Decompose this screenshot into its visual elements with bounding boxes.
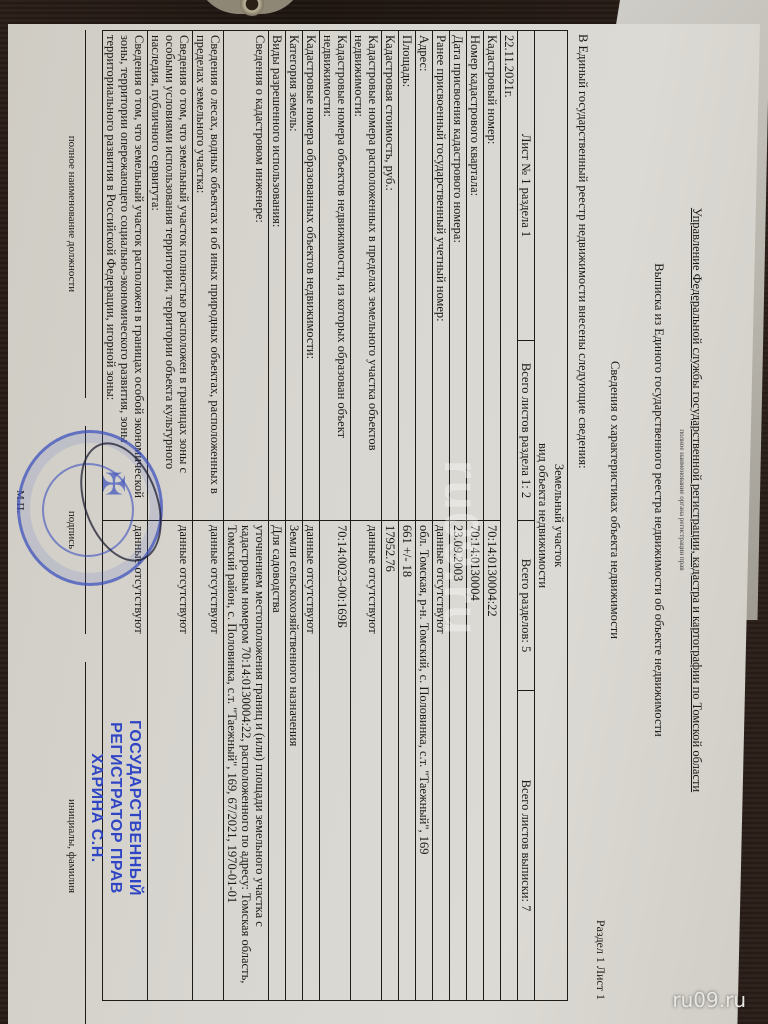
- row-value: данные отсутствуют: [193, 521, 224, 1001]
- row-value: Для садоводства: [269, 521, 286, 1001]
- table-row: Площадь:661 +/- 18: [399, 31, 416, 1001]
- row-label: Виды разрешенного использования:: [269, 31, 286, 521]
- registrar-stamp-line1: ГОСУДАРСТВЕННЫЙ: [125, 720, 144, 896]
- name-caption: инициалы, фамилия: [59, 662, 86, 1024]
- object-type-row: Земельный участок: [551, 31, 568, 1001]
- table-row: Категория земель:Земли сельскохозяйствен…: [286, 31, 303, 1001]
- row-label: Номер кадастрового квартала:: [467, 31, 484, 521]
- row-label: Ранее присвоенный государственный учетны…: [433, 31, 450, 521]
- watermark-overlay: ru09.ru: [433, 460, 488, 637]
- row-label: Площадь:: [399, 31, 416, 521]
- object-type-caption: вид объекта недвижимости: [535, 31, 552, 1001]
- table-row: Кадастровая стоимость, руб.:17952.76: [382, 31, 399, 1001]
- row-label: Кадастровые номера объектов недвижимости…: [320, 31, 351, 521]
- site-watermark: ru09.ru: [672, 988, 746, 1012]
- row-label: Сведения о лесах, водных объектах и об и…: [193, 31, 224, 521]
- row-label: Кадастровые номера образованных объектов…: [303, 31, 320, 521]
- object-type: Земельный участок: [551, 31, 568, 1001]
- registrar-stamp-line3: ХАРИНА С.Н.: [87, 720, 106, 896]
- row-label: Категория земель:: [286, 31, 303, 521]
- sheet-number: Лист № 1 раздела 1: [518, 31, 535, 341]
- row-label: Кадастровые номера расположенных в преде…: [351, 31, 382, 521]
- row-label: Сведения о кадастровом инженере:: [224, 31, 269, 521]
- row-label: Адрес:: [416, 31, 433, 521]
- row-label: Кадастровая стоимость, руб.:: [382, 31, 399, 521]
- table-row: Кадастровые номера образованных объектов…: [303, 31, 320, 1001]
- table-row: Сведения о кадастровом инженере:уточнени…: [224, 31, 269, 1001]
- extract-date: 22.11.2021г.: [501, 31, 518, 1001]
- info-table: Земельный участок вид объекта недвижимос…: [102, 30, 568, 1001]
- total-sheets-section: Всего листов раздела 1: 2: [518, 341, 535, 521]
- table-row: Сведения о лесах, водных объектах и об и…: [193, 31, 224, 1001]
- egrn-extract: Управление Федеральной службы государств…: [18, 20, 718, 1010]
- intro-text: В Единый государственный реестр недвижим…: [575, 34, 590, 469]
- row-label: Сведения о том, что земельный участок по…: [148, 31, 193, 521]
- document-title: Выписка из Единого государственного реес…: [651, 170, 666, 830]
- row-value: 17952.76: [382, 521, 399, 1001]
- registrar-stamp-line2: РЕГИСТРАТОР ПРАВ: [106, 720, 125, 896]
- position-caption: полное наименование должности: [59, 30, 86, 398]
- row-value: обл. Томская, р-н. Томский, с. Половинка…: [416, 521, 433, 1001]
- sheet-info-row: Лист № 1 раздела 1 Всего листов раздела …: [518, 31, 535, 1001]
- row-value: данные отсутствуют: [303, 521, 320, 1001]
- registrar-stamp: ГОСУДАРСТВЕННЫЙ РЕГИСТРАТОР ПРАВ ХАРИНА …: [87, 720, 144, 896]
- document-subtitle: Сведения о характеристиках объекта недви…: [607, 170, 622, 830]
- table-row: Кадастровые номера объектов недвижимости…: [320, 31, 351, 1001]
- section-reference: Раздел 1 Лист 1: [593, 920, 608, 1000]
- row-label: Кадастровый номер:: [484, 31, 501, 521]
- table-row: Кадастровые номера расположенных в преде…: [351, 31, 382, 1001]
- organization-name: Управление Федеральной службы государств…: [689, 200, 704, 800]
- table-row: Виды разрешенного использования:Для садо…: [269, 31, 286, 1001]
- total-sections: Всего разделов: 5: [518, 521, 535, 691]
- row-value: данные отсутствуют: [148, 521, 193, 1001]
- row-value: данные отсутствуют: [351, 521, 382, 1001]
- row-value: 661 +/- 18: [399, 521, 416, 1001]
- total-sheets: Всего листов выписки: 7: [518, 691, 535, 1001]
- row-label: Дата присвоения кадастрового номера:: [450, 31, 467, 521]
- row-value: 70:14:0023-00:169Б: [320, 521, 351, 1001]
- table-row: Адрес:обл. Томская, р-н. Томский, с. Пол…: [416, 31, 433, 1001]
- row-value: Земли сельскохозяйственного назначения: [286, 521, 303, 1001]
- organization-caption: полное наименование органа регистрации п…: [678, 200, 686, 800]
- row-value: уточнением местоположения границ и (или)…: [224, 521, 269, 1001]
